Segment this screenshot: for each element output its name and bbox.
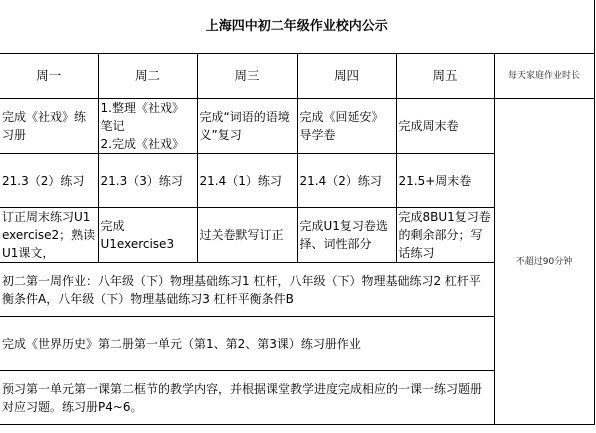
cell-r3-fri: 完成8BU1复习卷的剩余部分；写话练习: [396, 208, 494, 263]
cell-r1-thu: 完成《回延安》导学卷: [297, 99, 396, 154]
cell-r1-tue: 1.整理《社戏》笔记 2.完成《社戏》: [98, 99, 197, 154]
header-wednesday: 周三: [197, 54, 297, 99]
physics-homework: 初二第一周作业：八年级（下）物理基础练习1 杠杆，八年级（下）物理基础练习2 杠…: [0, 263, 494, 317]
cell-r3-tue: 完成U1exercise3: [98, 208, 197, 263]
cell-r1-mon: 完成《社戏》练习册: [0, 99, 98, 154]
duration-value: 不超过90分钟: [494, 99, 594, 425]
header-friday: 周五: [396, 54, 494, 99]
header-thursday: 周四: [297, 54, 396, 99]
cell-r2-fri: 21.5+周末卷: [396, 154, 494, 208]
cell-r2-wed: 21.4（1）练习: [197, 154, 297, 208]
politics-homework: 预习第一单元第一课第二框节的教学内容，并根据课堂教学进度完成相应的一课一练习题册…: [0, 371, 494, 425]
cell-r2-mon: 21.3（2）练习: [0, 154, 98, 208]
cell-r3-thu: 完成U1复习卷选择、词性部分: [297, 208, 396, 263]
history-homework: 完成《世界历史》第二册第一单元（第1、第2、第3课）练习册作业: [0, 317, 494, 371]
homework-table: 上海四中初二年级作业校内公示 周一 周二 周三 周四 周五 每天家庭作业时长 完…: [0, 0, 595, 425]
cell-r2-tue: 21.3（3）练习: [98, 154, 197, 208]
cell-r2-thu: 21.4（2）练习: [297, 154, 396, 208]
cell-r1-wed: 完成“词语的语境义”复习: [197, 99, 297, 154]
cell-r3-wed: 过关卷默写订正: [197, 208, 297, 263]
page-title: 上海四中初二年级作业校内公示: [0, 0, 594, 54]
cell-r1-fri: 完成周末卷: [396, 99, 494, 154]
cell-r3-mon: 订正周末练习U1 exercise2；熟读U1课文，: [0, 208, 98, 263]
header-duration: 每天家庭作业时长: [494, 54, 594, 99]
header-tuesday: 周二: [98, 54, 197, 99]
header-monday: 周一: [0, 54, 98, 99]
